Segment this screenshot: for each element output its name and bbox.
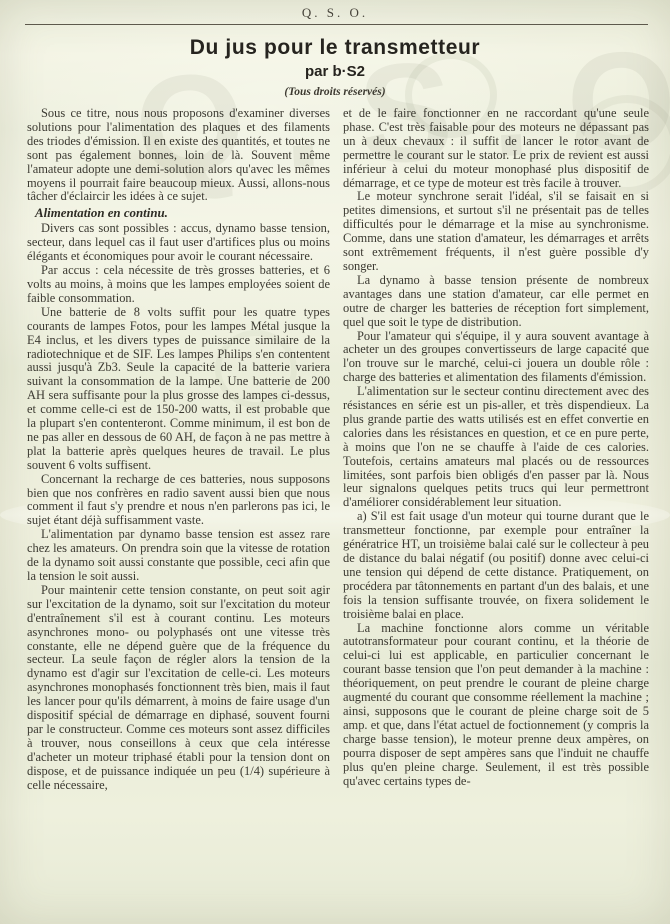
paragraph: L'alimentation sur le secteur continu di… xyxy=(343,385,649,510)
paragraph: Concernant la recharge de ces batteries,… xyxy=(27,473,330,529)
column-right: et de le faire fonctionner en ne raccord… xyxy=(343,107,649,793)
magazine-page: Q.S.O Q. S. O. Du jus pour le transmette… xyxy=(0,0,670,924)
paragraph: Sous ce titre, nous nous proposons d'exa… xyxy=(27,107,330,204)
section-heading: Alimentation en continu. xyxy=(27,206,330,221)
paragraph: Divers cas sont possibles : accus, dynam… xyxy=(27,222,330,264)
paragraph: Par accus : cela nécessite de très gross… xyxy=(27,264,330,306)
masthead-title: Q. S. O. xyxy=(0,5,670,21)
article-title: Du jus pour le transmetteur xyxy=(0,36,670,60)
paragraph: a) S'il est fait usage d'un moteur qui t… xyxy=(343,510,649,621)
article-body: Sous ce titre, nous nous proposons d'exa… xyxy=(27,107,649,793)
paragraph: Une batterie de 8 volts suffit pour les … xyxy=(27,306,330,473)
paragraph: Le moteur synchrone serait l'idéal, s'il… xyxy=(343,190,649,273)
rights-notice: (Tous droits réservés) xyxy=(0,86,670,98)
paragraph: Pour maintenir cette tension constante, … xyxy=(27,584,330,793)
column-left: Sous ce titre, nous nous proposons d'exa… xyxy=(27,107,330,793)
paragraph: La dynamo à basse tension présente de no… xyxy=(343,274,649,330)
paragraph: La machine fonctionne alors comme un vér… xyxy=(343,622,649,789)
paragraph: L'alimentation par dynamo basse tension … xyxy=(27,528,330,584)
paragraph: Pour l'amateur qui s'équipe, il y aura s… xyxy=(343,330,649,386)
article-byline: par b·S2 xyxy=(0,63,670,80)
paragraph: et de le faire fonctionner en ne raccord… xyxy=(343,107,649,190)
header-rule xyxy=(25,24,648,25)
